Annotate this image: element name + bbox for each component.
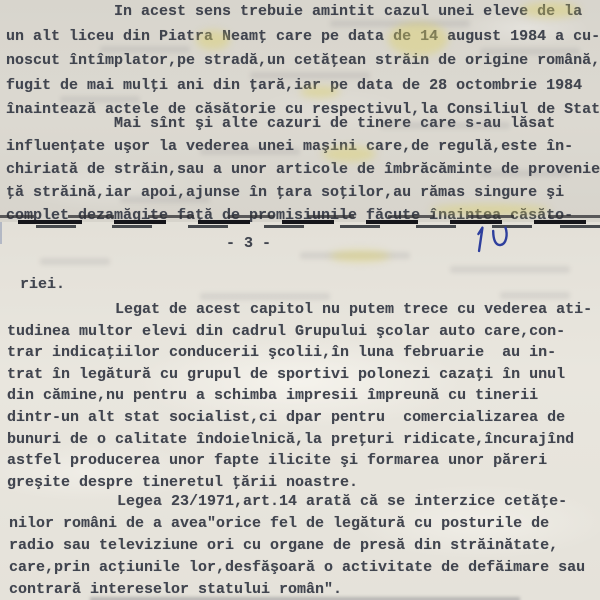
typed-paragraph-1: In acest sens trebuie amintit cazul unei… [6, 0, 600, 123]
bleed-through-smudge [200, 148, 300, 155]
bleed-through-smudge [100, 46, 190, 53]
bleed-through-smudge [60, 96, 140, 103]
typed-paragraph-4: Legea 23/1971,art.14 arată că se interzi… [9, 491, 585, 600]
bleed-through-smudge [250, 72, 370, 79]
bleed-through-smudge [120, 196, 210, 203]
yellow-stain [330, 250, 390, 262]
yellow-stain [196, 30, 230, 50]
page-2-fragment: In acest sens trebuie amintit cazul unei… [0, 0, 600, 222]
yellow-stain [322, 146, 376, 162]
yellow-stain [520, 2, 580, 18]
bleed-through-smudge [40, 258, 110, 265]
bleed-through-smudge [380, 122, 510, 129]
handwriting-strokes [469, 222, 517, 257]
continuation-word: riei. [20, 277, 65, 292]
typewritten-document-scan: In acest sens trebuie amintit cazul unei… [0, 0, 600, 600]
bleed-through-smudge [480, 48, 580, 55]
page-number: - 3 - [226, 236, 271, 251]
bleed-through-smudge [480, 170, 570, 177]
yellow-stain [388, 22, 448, 56]
bleed-through-smudge [200, 293, 330, 300]
page-separator-dash-line [0, 215, 600, 218]
yellow-stain [300, 86, 340, 98]
bleed-through-smudge [450, 266, 570, 273]
scan-edge-artifact [0, 222, 2, 244]
typed-paragraph-3: Legat de acest capitol nu putem trece cu… [7, 299, 592, 493]
handwritten-mark-10 [469, 222, 517, 262]
bleed-through-smudge [500, 292, 570, 299]
